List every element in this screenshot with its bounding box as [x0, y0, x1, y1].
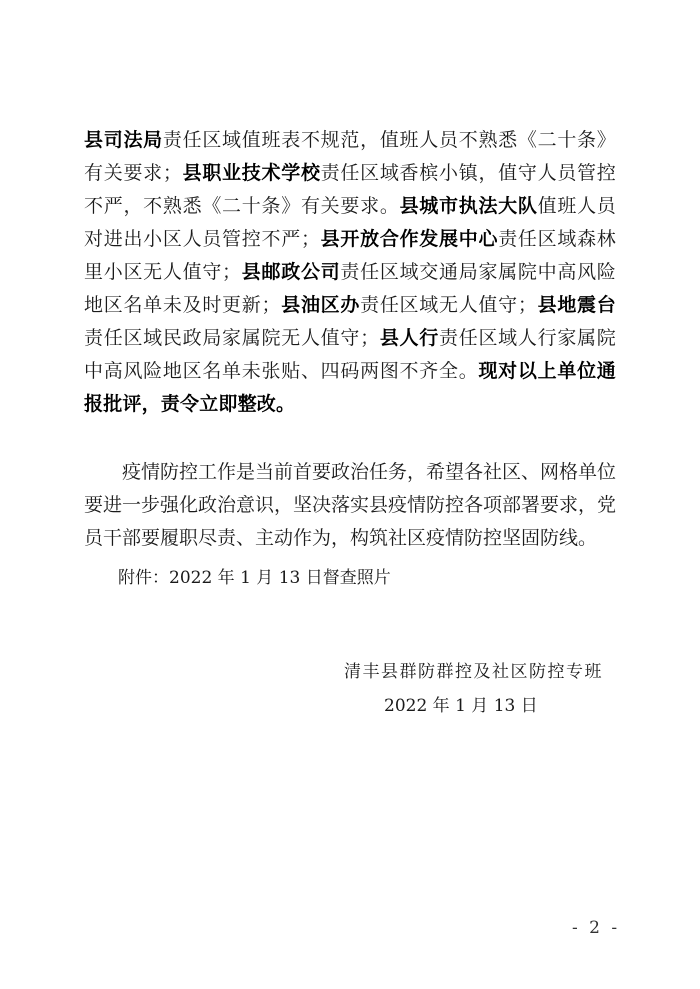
unit-name: 县地震台	[537, 294, 616, 316]
unit-name: 县职业技术学校	[182, 162, 321, 184]
unit-name: 县司法局	[84, 129, 163, 151]
unit-name: 县开放合作发展中心	[320, 228, 498, 250]
page-number: - 2 -	[572, 917, 620, 939]
signature-organization: 清丰县群防群控及社区防控专班	[344, 660, 603, 684]
issue-text: 责任区域无人值守；	[360, 294, 537, 316]
document-page: 县司法局责任区域值班表不规范，值班人员不熟悉《二十条》有关要求；县职业技术学校责…	[0, 0, 700, 989]
notice-paragraph: 县司法局责任区域值班表不规范，值班人员不熟悉《二十条》有关要求；县职业技术学校责…	[84, 124, 616, 421]
signature-date: 2022 年 1 月 13 日	[384, 694, 538, 718]
issue-text: 责任区域民政局家属院无人值守；	[84, 327, 379, 349]
exhortation-paragraph: 疫情防控工作是当前首要政治任务，希望各社区、网格单位要进一步强化政治意识，坚决落…	[84, 456, 616, 555]
unit-name: 县人行	[379, 327, 439, 349]
unit-name: 县城市执法大队	[400, 195, 538, 217]
attachment-line: 附件：2022 年 1 月 13 日督查照片	[118, 566, 391, 590]
unit-name: 县邮政公司	[241, 261, 340, 283]
unit-name: 县油区办	[281, 294, 360, 316]
